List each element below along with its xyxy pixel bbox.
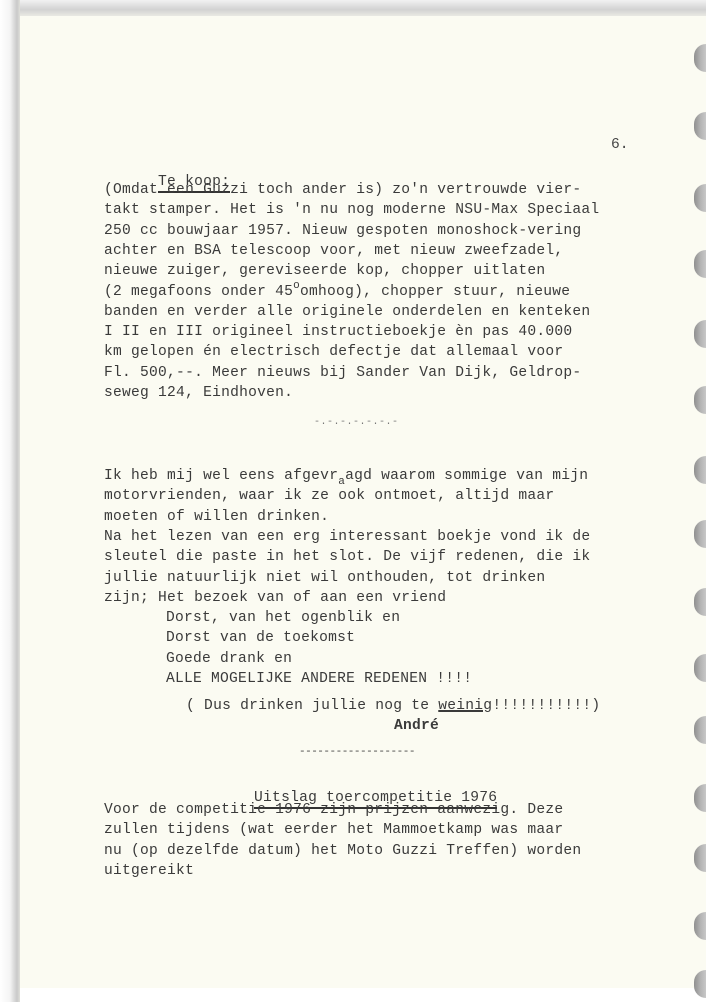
page-number: 6.	[611, 137, 629, 153]
binder-hole	[694, 184, 706, 212]
text-line: Dorst, van het ogenblik en	[166, 608, 400, 628]
binder-hole	[694, 386, 706, 414]
binder-hole	[694, 784, 706, 812]
text-line: km gelopen én electrisch defectje dat al…	[104, 342, 563, 362]
section-separator: -.-.-.-.-.-.-	[314, 413, 399, 433]
binder-hole	[694, 970, 706, 998]
binder-hole	[694, 654, 706, 682]
text-line: motorvrienden, waar ik ze ook ontmoet, a…	[104, 486, 554, 506]
text-line: Goede drank en	[166, 649, 292, 669]
text-line: nu (op dezelfde datum) het Moto Guzzi Tr…	[104, 841, 581, 861]
binder-hole	[694, 588, 706, 616]
text-line: Fl. 500,--. Meer nieuws bij Sander Van D…	[104, 363, 581, 383]
closing-remark: ( Dus drinken jullie nog te weinig!!!!!!…	[132, 676, 600, 736]
text-line: 250 cc bouwjaar 1957. Nieuw gespoten mon…	[104, 221, 581, 241]
scanned-page: 6. Te koop: (Omdat een Guzzi toch ander …	[0, 0, 706, 1002]
text-line: Voor de competitie 1976 zijn prijzen aan…	[104, 800, 563, 820]
signature: André	[394, 716, 439, 736]
binder-hole	[694, 44, 706, 72]
text-line: nieuwe zuiger, gereviseerde kop, chopper…	[104, 261, 545, 281]
text-line: Ik heb mij wel eens afgevraagd waarom so…	[104, 466, 588, 487]
binder-hole	[694, 520, 706, 548]
text-line: seweg 124, Eindhoven.	[104, 383, 293, 403]
text-line: zijn; Het bezoek van of aan een vriend	[104, 588, 446, 608]
text-line: jullie natuurlijk niet wil onthouden, to…	[104, 568, 545, 588]
binder-hole	[694, 250, 706, 278]
text-line: (2 megafoons onder 45oomhoog), chopper s…	[104, 282, 570, 303]
binder-hole	[694, 912, 706, 940]
text-line: (Omdat een Guzzi toch ander is) zo'n ver…	[104, 180, 581, 200]
text-line: uitgereikt	[104, 861, 194, 881]
binder-hole	[694, 112, 706, 140]
text-line: sleutel die paste in het slot. De vijf r…	[104, 547, 590, 567]
text-line: Na het lezen van een erg interessant boe…	[104, 527, 590, 547]
signature-divider: -------------------	[299, 742, 415, 762]
binder-hole	[694, 844, 706, 872]
text-line: zullen tijdens (wat eerder het Mammoetka…	[104, 820, 563, 840]
text-line: takt stamper. Het is 'n nu nog moderne N…	[104, 200, 599, 220]
text-line: banden en verder alle originele onderdel…	[104, 302, 590, 322]
text-line: I II en III origineel instructieboekje è…	[104, 322, 572, 342]
text-line: achter en BSA telescoop voor, met nieuw …	[104, 241, 563, 261]
binder-hole	[694, 716, 706, 744]
text-line: Dorst van de toekomst	[166, 628, 355, 648]
binder-hole	[694, 320, 706, 348]
text-line: moeten of willen drinken.	[104, 507, 329, 527]
top-edge-shadow	[14, 0, 706, 16]
left-edge-shadow	[0, 0, 20, 1002]
binder-holes	[692, 0, 706, 1002]
binder-hole	[694, 456, 706, 484]
